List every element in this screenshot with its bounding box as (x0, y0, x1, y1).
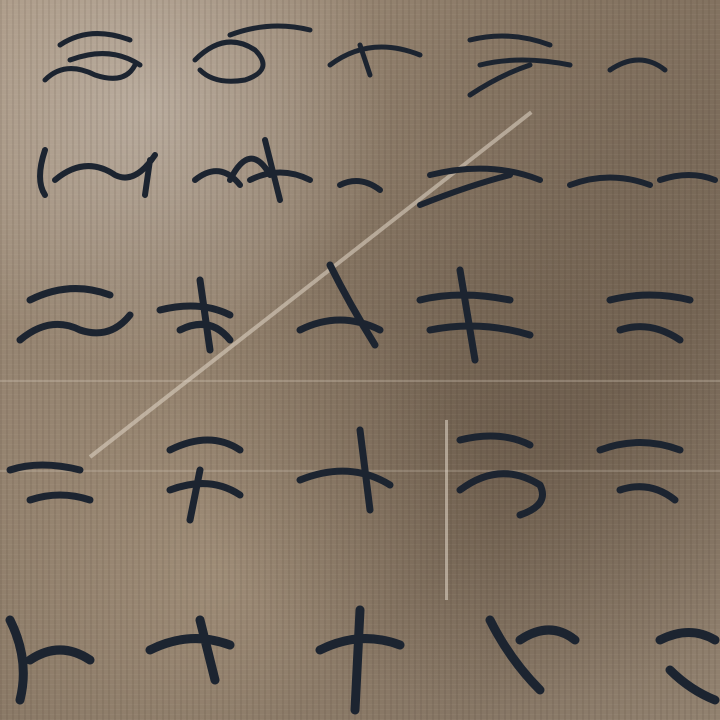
calligraphy-strokes (0, 0, 720, 720)
calligraphy-photo (0, 0, 720, 720)
